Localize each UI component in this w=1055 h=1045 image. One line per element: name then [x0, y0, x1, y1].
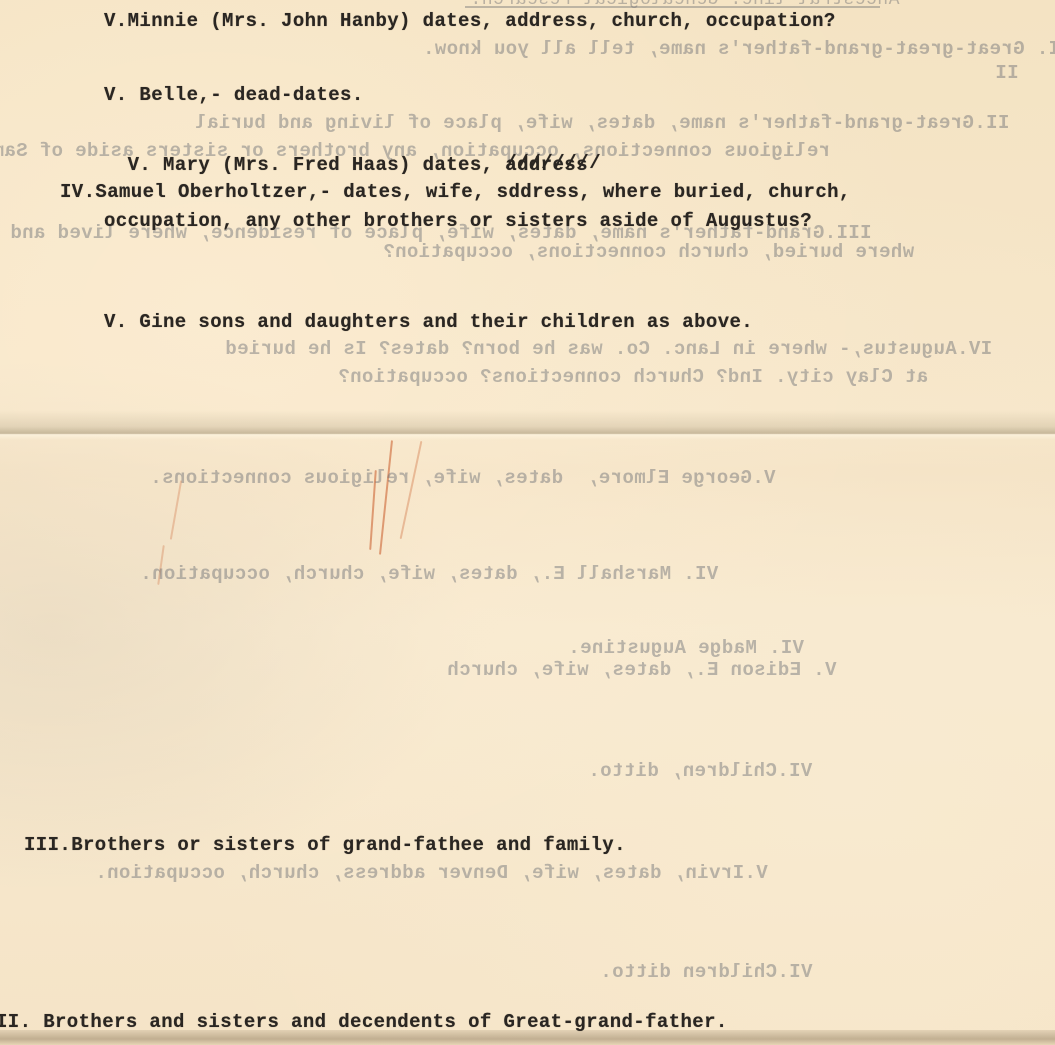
- entry-gine: V. Gine sons and daughters and their chi…: [104, 311, 753, 333]
- section-ii-heading: II. Brothers and sisters and decendents …: [0, 1011, 728, 1033]
- entry-samuel-line-2: occupation, any other brothers or sister…: [104, 210, 812, 232]
- entry-mary: V. Mary (Mrs. Fred Haas) dates, address: [104, 132, 588, 176]
- bleed-line: VI. Madge Augustine.: [568, 637, 804, 659]
- bleed-line: II: [995, 62, 1019, 84]
- bleed-line: V.Irvin, dates, wife, Denver address, ch…: [95, 862, 768, 884]
- bleed-line: I. Great-great-grand-father's name, tell…: [245, 38, 1055, 60]
- bleed-line: VI.Children ditto.: [600, 961, 812, 983]
- bleed-line: V. Edison E., dates, wife, church: [447, 659, 836, 681]
- bleed-line: IV.Augustus,- where in Lanc. Co. was he …: [225, 338, 992, 360]
- bleed-line: V.George Elmore, dates, wife, religious …: [150, 467, 776, 489]
- bleed-line: where buried, church connections, occupa…: [383, 241, 914, 263]
- entry-mary-text: V. Mary (Mrs. Fred Haas) dates,: [128, 154, 506, 176]
- top-heading-bleed: Ancestral line. Genealogical research.: [470, 0, 899, 10]
- bleed-line: VI.Children, ditto.: [588, 760, 812, 782]
- section-iii-heading: III.Brothers or sisters of grand-fathee …: [24, 834, 626, 856]
- entry-minnie: V.Minnie (Mrs. John Hanby) dates, addres…: [104, 10, 836, 32]
- entry-belle: V. Belle,- dead-dates.: [104, 84, 364, 106]
- paper-fold-crease: [0, 410, 1055, 440]
- entry-samuel-line-1: IV.Samuel Oberholtzer,- dates, wife, sdd…: [60, 181, 851, 203]
- struck-through-address: address: [505, 154, 588, 176]
- bleed-line: at Clay city. Ind? Church connections? o…: [338, 366, 928, 388]
- bleed-line: II.Great-grand-father's name, dates, wif…: [195, 112, 1009, 134]
- bleed-line: VI. Marshall E., dates, wife, church, oc…: [140, 563, 718, 585]
